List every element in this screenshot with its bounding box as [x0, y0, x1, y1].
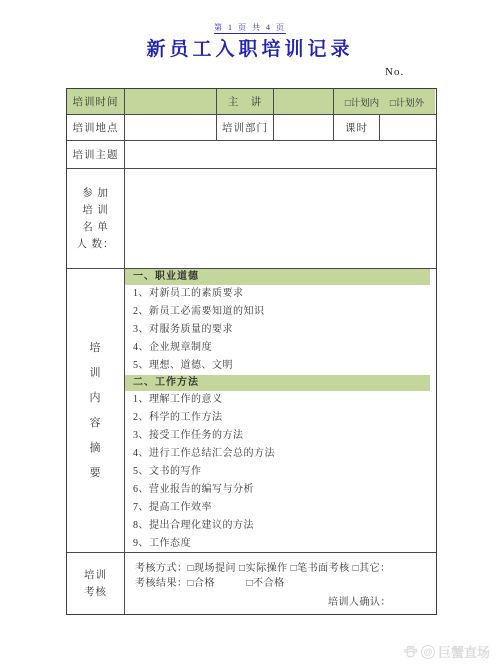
hours-value: [380, 115, 435, 140]
row-training-time: 培训时间 主 讲 □计划内 □计划外: [67, 89, 436, 115]
attendees-label-line: 人 数：: [76, 236, 114, 253]
content-summary-label: 培 训 内 容 摘 要: [67, 269, 125, 552]
assessment-label-line: 考核: [84, 584, 107, 601]
content-summary-body: 一、职业道德 1、对新员工的素质要求 2、新员工必需要知道的知识 3、对服务质量…: [125, 269, 435, 552]
content-label-char: 要: [90, 461, 102, 486]
lecturer-value: [274, 89, 334, 114]
watermark-text: 巨蟹直场: [438, 642, 490, 661]
list-item: 1、对新员工的素质要求: [125, 285, 435, 303]
attendees-label-line: 名 单: [82, 219, 109, 236]
training-time-label: 培训时间: [67, 89, 125, 114]
at-icon: @: [421, 645, 435, 659]
list-item: 3、接受工作任务的方法: [125, 427, 435, 445]
document-page: 第 1 页 共 4 页 新员工入职培训记录 No. 培训时间 主 讲 □计划内 …: [0, 0, 500, 667]
assessment-label: 培训 考核: [67, 553, 125, 614]
page-number: 第 1 页 共 4 页: [0, 22, 500, 33]
list-item: 2、科学的工作方法: [125, 409, 435, 427]
assessment-result-line: 考核结果：□合格 □不合格: [135, 576, 435, 591]
department-value: [274, 115, 334, 140]
list-item: 1、理解工作的意义: [125, 391, 435, 409]
no-label: No.: [385, 66, 404, 78]
list-item: 6、营业报告的编写与分析: [125, 481, 435, 499]
training-time-value: [125, 89, 217, 114]
attendees-label-line: 培 训: [82, 202, 109, 219]
row-attendees: 参 加 培 训 名 单 人 数：: [67, 169, 436, 269]
list-item: 4、企业规章制度: [125, 339, 435, 357]
attendees-label: 参 加 培 训 名 单 人 数：: [67, 169, 125, 268]
plan-type-cell: □计划内 □计划外: [334, 89, 435, 114]
location-value: [125, 115, 217, 140]
training-record-table: 培训时间 主 讲 □计划内 □计划外 培训地点 培训部门 课时 培训主题: [66, 88, 437, 615]
list-item: 7、提高工作效率: [125, 499, 435, 517]
row-assessment: 培训 考核 考核方式：□现场提问 □实际操作 □笔书面考核 □其它： 考核结果：…: [67, 553, 436, 614]
page-title: 新员工入职培训记录: [0, 34, 500, 61]
content-label-char: 培: [90, 336, 102, 361]
plan-in-checkbox-label: □计划内: [345, 95, 379, 109]
trainer-confirm-label: 培训人确认：: [135, 595, 435, 610]
section-header-ethics: 一、职业道德: [125, 269, 430, 285]
content-label-char: 内: [90, 386, 102, 411]
plan-out-checkbox-label: □计划外: [390, 95, 424, 109]
topic-label: 培训主题: [67, 141, 125, 168]
topic-value: [125, 141, 435, 168]
row-training-location: 培训地点 培训部门 课时: [67, 115, 436, 141]
assessment-label-line: 培训: [84, 567, 107, 584]
paw-icon: [403, 644, 418, 659]
list-item: 5、文书的写作: [125, 463, 435, 481]
list-item: 3、对服务质量的要求: [125, 321, 435, 339]
section-header-methods: 二、工作方法: [125, 375, 430, 391]
list-item: 4、进行工作总结汇会总的方法: [125, 445, 435, 463]
list-item: 9、工作态度: [125, 535, 435, 553]
list-item: 8、提出合理化建议的方法: [125, 517, 435, 535]
row-training-content: 培 训 内 容 摘 要 一、职业道德 1、对新员工的素质要求 2、新员工必需要知…: [67, 269, 436, 553]
location-label: 培训地点: [67, 115, 125, 140]
content-label-char: 容: [90, 411, 102, 436]
content-label-char: 训: [90, 361, 102, 386]
assessment-method-line: 考核方式：□现场提问 □实际操作 □笔书面考核 □其它：: [135, 561, 435, 576]
watermark: @ 巨蟹直场: [403, 642, 490, 661]
list-item: 2、新员工必需要知道的知识: [125, 303, 435, 321]
page-number-text: 第 1 页 共 4 页: [214, 23, 286, 34]
content-label-char: 摘: [90, 436, 102, 461]
lecturer-label: 主 讲: [217, 89, 274, 114]
attendees-label-line: 参 加: [82, 185, 109, 202]
department-label: 培训部门: [217, 115, 274, 140]
row-training-topic: 培训主题: [67, 141, 436, 169]
list-item: 5、理想、道德、文明: [125, 357, 435, 375]
assessment-body: 考核方式：□现场提问 □实际操作 □笔书面考核 □其它： 考核结果：□合格 □不…: [125, 553, 435, 614]
attendees-value: [125, 169, 435, 268]
hours-label: 课时: [334, 115, 380, 140]
